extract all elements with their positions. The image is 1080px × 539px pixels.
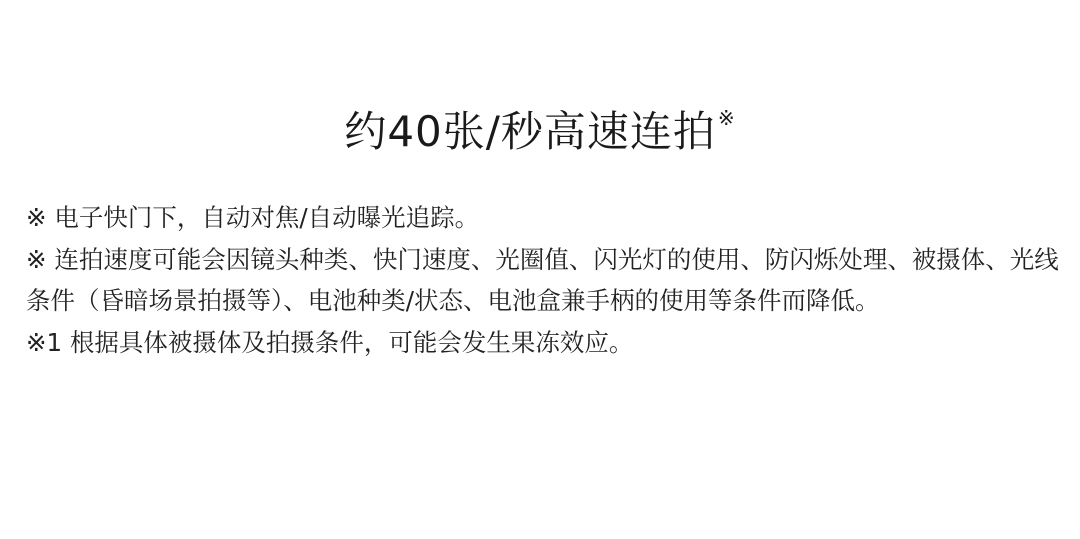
note-rolling-shutter: ※1 根据具体被摄体及拍摄条件，可能会发生果冻效应。: [26, 322, 1066, 364]
note-speed-conditions: ※ 连拍速度可能会因镜头种类、快门速度、光圈值、闪光灯的使用、防闪烁处理、被摄体…: [26, 239, 1066, 322]
footnotes: ※ 电子快门下，自动对焦/自动曝光追踪。 ※ 连拍速度可能会因镜头种类、快门速度…: [26, 197, 1066, 363]
footnote-mark: ※: [718, 106, 736, 130]
title-text: 约40张/秒高速连拍: [344, 107, 716, 156]
note-electronic-shutter: ※ 电子快门下，自动对焦/自动曝光追踪。: [26, 197, 1066, 239]
page-title: 约40张/秒高速连拍※: [0, 96, 1080, 160]
